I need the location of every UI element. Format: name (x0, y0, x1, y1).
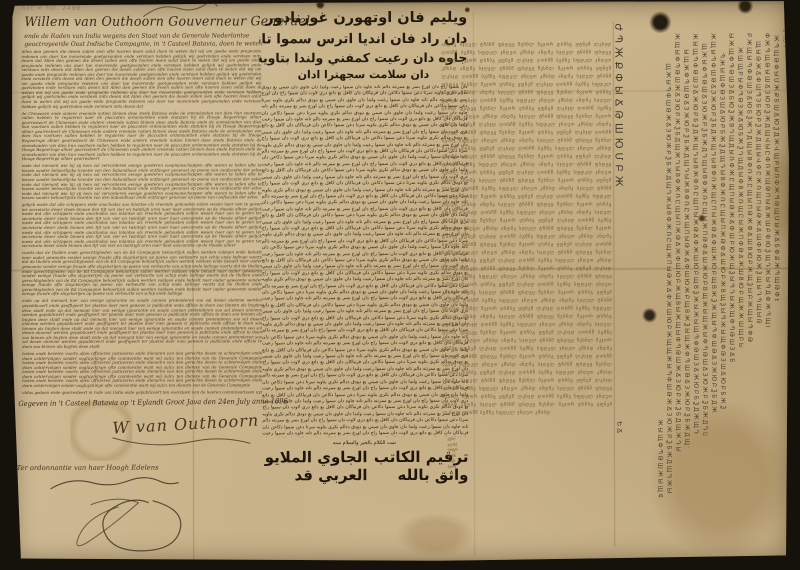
chinese-text-column: ЖՊЩԹФЫՄЖՔБШՃЮѮДЖՎЩԲЫՌФЖՊԹЩՄЫЖՃБФՔЖՊЩԹФЫՄ… (772, 35, 780, 301)
chinese-text-column: ФЖՊЩԹЫШՃЗЮԲѮЖДЩՎЫԸФՌЖЩԹПЫՃЖШԲФЮѮЩԴЖЫՊДФЖ… (763, 33, 771, 327)
secretary-signature-flourish (32, 471, 207, 559)
chinese-text-column: ԺՊԺՊԺՊ (781, 29, 787, 47)
jawi-header-line: دان راد فان انديا اترس سموا تانه (259, 29, 467, 50)
jawi-header-line: جاوه دان رعيت كمفني ولندا بتاويه (259, 49, 467, 68)
dutch-paragraph: voorts dat de thollen ende gerechtighede… (22, 251, 262, 297)
chinese-text-block: ԺՊԺՊԺՊЖՊЩԹФЫՄЖՔБШՃЮѮДЖՎЩԲЫՌФЖՊԹЩՄЫЖՃБФՔЖ… (639, 23, 790, 531)
dutch-paragraph: ende dat niemant wie hij zij hem sal ver… (22, 164, 262, 201)
manuscript-sheet: not = fol. 2498 Willem van Outhoorn Gouv… (9, 1, 790, 563)
dutch-header-title: Willem van Outhoorn Gouverneur Generael (24, 14, 255, 30)
chinese-text-column: ЖЩЫФՊԹШЖՃЗЮԲЖѮБДЩЖԴЫВФЖՌԸЩЫПЖԹՃЖФШЮԲЖЩВЫ… (673, 33, 681, 453)
jawi-column: ويليم فان اوتهورن غورنادور جندرال دان را… (259, 8, 468, 485)
jawi-body-text: دان سموا راج دان اورع بسر يع ممرنته دالم… (261, 85, 468, 438)
water-stain (399, 514, 473, 556)
javanese-body-text: ანდმკ სჯღვლ ტჩბნმ ფსდგყ წვხნლ მკჯთრ დსჩბ… (441, 41, 612, 433)
dutch-paragraph: gelijck mede dat alle schippers ende ana… (22, 203, 262, 249)
chinese-text-column: ЖЫЩՊФԹШЗՃЖЮԲБѮДЖЩԴЫВЖФՌԸЩПЫЖԹՃФЖШЮԲЩВѮЖЫ… (691, 33, 699, 435)
chinese-day-note: ԵՃ (615, 421, 623, 451)
chinese-text-column: ЖЫЩФՊԹШЖЫЩФՊԹШЖЫЩФՊԹШ (656, 419, 663, 497)
dutch-body-text: Allen den geenen die desen sullen sien o… (21, 49, 262, 395)
dutch-paragraph: Allen den geenen die desen sullen sien o… (21, 49, 261, 109)
dutch-closing-line: Gegeven in 't Casteel Batavia op 't Eyla… (18, 397, 256, 408)
signature-swash (106, 429, 256, 447)
chinese-text-column: ЫЩЖФՊШԹՃЗЖЮԲѮБЖДЩԴЫЖВФՌԸЖЩПЫԹЖՃФШЮЖԲЩВЖѮ… (682, 49, 690, 447)
chinese-date-column: ԺՊЖՔФЫՃԹШЮՄԲЖ (612, 23, 624, 231)
dutch-header-subtitle: ende de Raden van India wegens den Staat… (24, 32, 257, 40)
chinese-text-column: ЖЩЫՊФШԹՃЗЖЮԲѮБДЖЩԴЫВФՌЖЩԸПЫЖԹՃФШЖЮԲЩВЖѮЖ… (709, 33, 717, 413)
chinese-text-column: ЩЫԹЖՃФШՊЗБЮԲѮЖДЩЫՎФԸЖՌЩПЫԹЖՃШФԲЮЖѮЩЫԴՊЩЫ… (754, 41, 762, 323)
dutch-header-subtitle: geoctroyeerde Oost Indische Compagnie, i… (24, 40, 257, 48)
chinese-text-column: ЫЖЩФՊԹШЗՃБЮѮЖВԴЩДЫՌФЖԸЩПЫԹЖՃФШԲЮЖЩѮЫՊԴЫЖ… (727, 33, 735, 363)
archival-pencil-note: not = fol. 2498 (21, 5, 81, 12)
chinese-text-column: ЩЖЫՊФШԹЖՃЗЮЖԲѮБЖДЩԴЖЫВФЖՌԸЩЖПЫԹЖՃФЖШЮԲЖЩ… (664, 63, 672, 493)
dutch-paragraph: aldus gedaen ende gearresteert in rade v… (22, 390, 262, 395)
dutch-paragraph: ende op dat niemant hier van eenige igno… (22, 299, 262, 350)
javanese-colophon-line: ჰჯომ (447, 464, 483, 470)
jawi-footer-small-line: تمت الكلام بالخير والسلام سنه (260, 440, 468, 447)
dutch-paragraph: lasten ende bevelen voorts allen officie… (22, 351, 262, 388)
chinese-text-column: ԲЖЩЫՊФԹШЗՃЮБѮЖԴДЩЫВФՌЖԸЩЫПԹЖФՃШВЮԲЖЩѮЫԲЖ… (745, 33, 753, 343)
chinese-text-column: ЩЖЫФՊԹШՃЗЮЖԲѮБЖДԴЩЫВФЖՌԸЩЫЖПԹФՃШЖЮԲВЩЖЫЩ… (700, 43, 708, 435)
jawi-header-line: دان سلامت سجهترا ادان (259, 67, 467, 83)
chinese-text-column: ՊЖЫЩФԹЗШՃЮԲБЖѮДЩԴЫВФЖՌԸЩЫПЖԹФՃШЮԲЖВЩѮЫՊЖ… (718, 53, 726, 409)
jawi-footer-calligraphy: ترقيم الكاتب واثق بالله الجاوي الملايو ا… (260, 448, 468, 485)
jawi-footer-left-cluster: الجاوي الملايو العربي قد (260, 448, 367, 484)
javanese-colophon: ჯგნიკლმჰფსტრღვწნჩძკსჰჯომ (447, 436, 483, 470)
chinese-text-column: ЖШЩԲЫФՊԹЗЖՃЮБЖѮԴЩДЫФВЖՌЩԸЫЖПФԹՃЖШВЮԲЩЖЖШ… (736, 47, 744, 347)
ink-blot (737, 0, 753, 14)
dutch-paragraph: de Chineesen ende andere vreemde natien … (22, 111, 262, 162)
scanned-document-photo: not = fol. 2498 Willem van Outhoorn Gouv… (0, 0, 800, 570)
jawi-header-line: ويليم فان اوتهورن غورنادور جندرال (259, 8, 467, 30)
